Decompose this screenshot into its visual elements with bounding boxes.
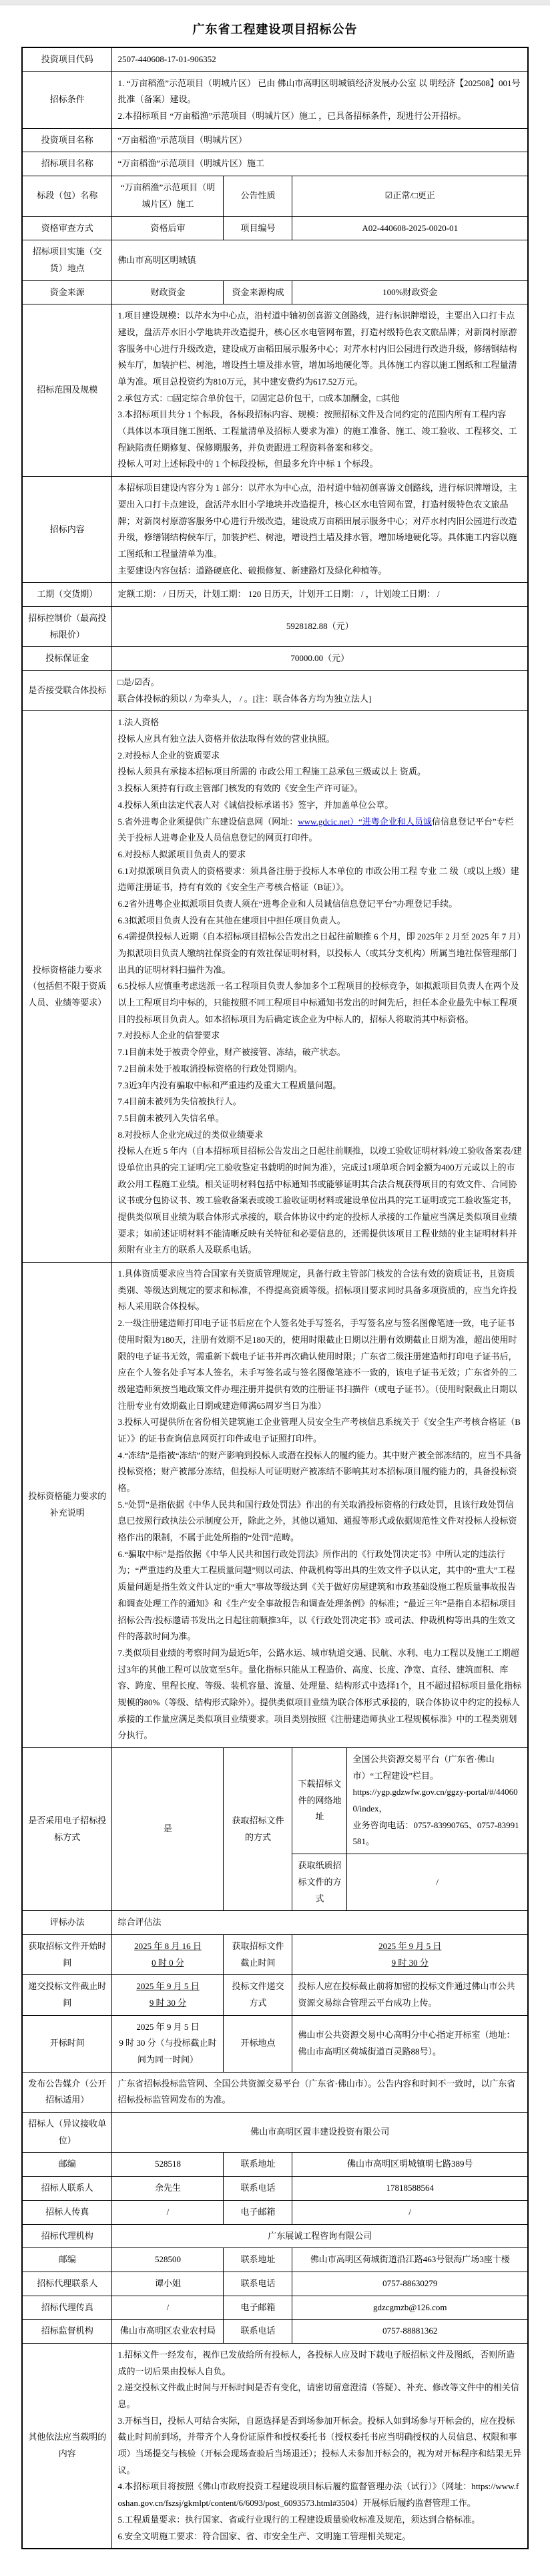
- cell-value: 财政资金: [112, 280, 224, 304]
- row-label: 邮编: [22, 2153, 112, 2177]
- table-row: 招标控制价（最高投标限价）5928182.88（元）: [22, 606, 528, 646]
- cell-value: 2507-440608-17-01-906352: [112, 47, 528, 71]
- row-label: 投资项目名称: [22, 128, 112, 152]
- row-label: 获取招标文件截止时间: [224, 1934, 292, 1974]
- cell-value: 528500: [112, 2248, 224, 2272]
- table-row: 招标监督机构佛山市高明区农业农村局联系电话0757-88881362: [22, 2320, 528, 2344]
- cell-value: 佛山市高明区荷城街道沿江路463号银海广场3座十楼: [292, 2248, 528, 2272]
- cell-value: /: [112, 2200, 224, 2224]
- row-label: 招标条件: [22, 71, 112, 128]
- row-label: 投标保证金: [22, 647, 112, 671]
- row-label: 联系地址: [224, 2153, 292, 2177]
- cell-value: 2025 年 9 月 5 日 9 时 30 分（与投标截止时间为同一时间）: [112, 2015, 224, 2072]
- announcement-table: 投资项目代码2507-440608-17-01-906352招标条件1. “万亩…: [21, 47, 529, 2549]
- cell-value: 佛山市高明区农业农村局: [112, 2320, 224, 2344]
- table-row: 递交投标文件截止时间2025 年 9 月 5 日 9 时 30 分投标文件递交方…: [22, 1975, 528, 2015]
- cell-value: 广东展诚工程咨询有限公司: [112, 2224, 528, 2248]
- cell-value: 定额工期： / 日历天，计划工期： 120 日历天，计划开工日期： / ，计划竣…: [112, 583, 528, 607]
- table-row: 招标人传真/电子邮箱/: [22, 2200, 528, 2224]
- row-label: 下载招标文件的网络地址: [292, 1748, 347, 1854]
- table-row: 招标代理联系人谭小姐联系电话0757-88630279: [22, 2272, 528, 2296]
- table-row: 招标内容本招标项目建设内容分为 1 部分：以芹水为中心点，沿村道中轴初创喜游文创…: [22, 477, 528, 583]
- row-label: 招标人传真: [22, 2200, 112, 2224]
- cell-value: 佛山市高明区明城镇明七路389号: [292, 2153, 528, 2177]
- table-row: 资金来源财政资金资金来源构成100%财政资金: [22, 280, 528, 304]
- cell-value: 资格后审: [112, 216, 224, 240]
- table-row: 标段（包）名称“万亩稻渔”示范项目（明城片区）施工公告性质☑正常/□更正: [22, 176, 528, 216]
- row-label: 工期（交货期）: [22, 583, 112, 607]
- cell-value: 0757-88881362: [292, 2320, 528, 2344]
- row-label: 联系电话: [224, 2272, 292, 2296]
- row-label: 获取招标文件开始时间: [22, 1934, 112, 1974]
- row-label: 开标地点: [224, 2015, 292, 2072]
- row-label: 电子邮箱: [224, 2200, 292, 2224]
- row-label: 投标资格能力要求的补充说明: [22, 1263, 112, 1748]
- row-label: 招标代理传真: [22, 2296, 112, 2320]
- table-row: 招标范围及规模1.项目建设规模：以芹水为中心点，沿村道中轴初创喜游文创路线，进行…: [22, 304, 528, 477]
- row-label: 招标代理机构: [22, 2224, 112, 2248]
- row-label: 项目编号: [224, 216, 292, 240]
- cell-value: 1.具体资质要求应当符合国家有关资质管理规定，具备行政主管部门核发的合法有效的资…: [112, 1263, 528, 1748]
- cell-value: 全国公共资源交易平台（广东省·佛山市）“工程建设”栏目。 https://ygp…: [347, 1748, 528, 1854]
- table-row: 投资项目名称“万亩稻渔”示范项目（明城片区）: [22, 128, 528, 152]
- page-top-divider: [0, 0, 550, 5]
- table-row: 资格审查方式资格后审项目编号A02-440608-2025-0020-01: [22, 216, 528, 240]
- table-row: 邮编528518联系地址佛山市高明区明城镇明七路389号: [22, 2153, 528, 2177]
- row-label: 评标办法: [22, 1911, 112, 1935]
- row-label: 获取招标文件的方式: [224, 1748, 292, 1911]
- cell-value: 佛山市高明区明城镇: [112, 240, 528, 280]
- cell-value: □是/☑否。 联合体投标的须以 / 为牵头人， / 。[注：联合体各方均为独立法…: [112, 671, 528, 711]
- row-label: 联系电话: [224, 2177, 292, 2201]
- row-label: 是否接受联合体投标: [22, 671, 112, 711]
- table-row: 招标条件1. “万亩稻渔”示范项目（明城片区） 已由 佛山市高明区明城镇经济发展…: [22, 71, 528, 128]
- cell-value: 1.项目建设规模：以芹水为中心点，沿村道中轴初创喜游文创路线，进行标识牌增设，主…: [112, 304, 528, 477]
- table-row: 投标资格能力要求（包括但不限于资质人员、业绩等要求）1.法人资格 投标人应具有独…: [22, 711, 528, 1263]
- table-row: 其他依法应当载明的内容1.招标文件一经发布，视作已发放给所有投标人，各投标人应及…: [22, 2343, 528, 2549]
- table-row: 招标人联系人余先生联系电话17818588564: [22, 2177, 528, 2201]
- cell-value: 本招标项目建设内容分为 1 部分：以芹水为中心点，沿村道中轴初创喜游文创路线，进…: [112, 477, 528, 583]
- row-label: 资金来源: [22, 280, 112, 304]
- cell-value: 佛山市公共资源交易中心高明分中心指定开标室（地址：佛山市高明区荷城街道百灵路88…: [292, 2015, 528, 2072]
- table-row: 邮编528500联系地址佛山市高明区荷城街道沿江路463号银海广场3座十楼: [22, 2248, 528, 2272]
- row-label: 邮编: [22, 2248, 112, 2272]
- cell-value: 2025 年 8 月 16 日 0 时 0 分: [112, 1934, 224, 1974]
- cell-value: 佛山市高明区置丰建设投资有限公司: [112, 2113, 528, 2153]
- row-label: 是否采用电子招标投标方式: [22, 1748, 112, 1911]
- cell-value: 17818588564: [292, 2177, 528, 2201]
- cell-value: 是: [112, 1748, 224, 1911]
- row-label: 资格审查方式: [22, 216, 112, 240]
- table-row: 招标代理机构广东展诚工程咨询有限公司: [22, 2224, 528, 2248]
- cell-value: gdzcgmzb@126.com: [292, 2296, 528, 2320]
- cell-value: 1.法人资格 投标人应具有独立法人资格并依法取得有效的营业执照。 2.对投标人企…: [112, 711, 528, 1263]
- cell-value: 投标人应在投标截止前将加密的投标文件通过佛山市公共资源交易综合管理云平台成功上传…: [292, 1975, 528, 2015]
- row-label: 招标内容: [22, 477, 112, 583]
- row-label: 发布公告媒介（公开招标适用）: [22, 2072, 112, 2112]
- row-label: 联系电话: [224, 2320, 292, 2344]
- table-row: 发布公告媒介（公开招标适用）广东省招标投标监管网、全国公共资源交易平台（广东省·…: [22, 2072, 528, 2112]
- table-row: 是否接受联合体投标□是/☑否。 联合体投标的须以 / 为牵头人， / 。[注：联…: [22, 671, 528, 711]
- row-label: 招标范围及规模: [22, 304, 112, 477]
- row-label: 招标人联系人: [22, 2177, 112, 2201]
- row-label: 标段（包）名称: [22, 176, 112, 216]
- cell-value: 2025 年 9 月 5 日 9 时 30 分: [292, 1934, 528, 1974]
- announcement-table-body: 投资项目代码2507-440608-17-01-906352招标条件1. “万亩…: [22, 47, 528, 2549]
- row-label: 投资项目代码: [22, 47, 112, 71]
- row-label: 招标控制价（最高投标限价）: [22, 606, 112, 646]
- row-label: 招标代理联系人: [22, 2272, 112, 2296]
- row-label: 招标人（异议接收单位）: [22, 2113, 112, 2153]
- cell-value: 0757-88630279: [292, 2272, 528, 2296]
- table-row: 工期（交货期）定额工期： / 日历天，计划工期： 120 日历天，计划开工日期：…: [22, 583, 528, 607]
- table-row: 投资项目代码2507-440608-17-01-906352: [22, 47, 528, 71]
- cell-value: A02-440608-2025-0020-01: [292, 216, 528, 240]
- cell-value: 2025 年 9 月 5 日 9 时 30 分: [112, 1975, 224, 2015]
- row-label: 开标时间: [22, 2015, 112, 2072]
- table-row: 投标保证金70000.00（元）: [22, 647, 528, 671]
- table-row: 评标办法综合评估法: [22, 1911, 528, 1935]
- row-label: 投标文件递交方式: [224, 1975, 292, 2015]
- row-label: 公告性质: [224, 176, 292, 216]
- page-title: 广东省工程建设项目招标公告: [0, 20, 550, 37]
- cell-value: 528518: [112, 2153, 224, 2177]
- table-row: 招标项目实施（交货）地点佛山市高明区明城镇: [22, 240, 528, 280]
- table-row: 招标代理传真/电子邮箱gdzcgmzb@126.com: [22, 2296, 528, 2320]
- cell-value: /: [347, 1854, 528, 1911]
- cell-value: 综合评估法: [112, 1911, 528, 1935]
- cell-value: 5928182.88（元）: [112, 606, 528, 646]
- cell-value: 1.招标文件一经发布，视作已发放给所有投标人，各投标人应及时下载电子版招标文件及…: [112, 2343, 528, 2549]
- cell-value: “万亩稻渔”示范项目（明城片区）施工: [112, 176, 224, 216]
- cell-value: 余先生: [112, 2177, 224, 2201]
- row-label: 递交投标文件截止时间: [22, 1975, 112, 2015]
- table-row: 开标时间2025 年 9 月 5 日 9 时 30 分（与投标截止时间为同一时间…: [22, 2015, 528, 2072]
- row-label: 招标项目名称: [22, 152, 112, 176]
- cell-value: 70000.00（元）: [112, 647, 528, 671]
- table-row: 招标项目名称“万亩稻渔”示范项目（明城片区）施工: [22, 152, 528, 176]
- row-label: 投标资格能力要求（包括但不限于资质人员、业绩等要求）: [22, 711, 112, 1263]
- row-label: 资金来源构成: [224, 280, 292, 304]
- cell-value: 广东省招标投标监管网、全国公共资源交易平台（广东省·佛山市）。公告内容和时间不一…: [112, 2072, 528, 2112]
- row-label: 获取纸质招标文件的方式: [292, 1854, 347, 1911]
- row-label: 电子邮箱: [224, 2296, 292, 2320]
- table-row: 投标资格能力要求的补充说明1.具体资质要求应当符合国家有关资质管理规定，具备行政…: [22, 1263, 528, 1748]
- cell-value: /: [292, 2200, 528, 2224]
- row-label: 联系地址: [224, 2248, 292, 2272]
- inline-link[interactable]: www.gdcic.net）“进粤企业和人员诚: [298, 817, 432, 827]
- table-row: 是否采用电子招标投标方式是获取招标文件的方式下载招标文件的网络地址全国公共资源交…: [22, 1748, 528, 1854]
- table-row: 获取招标文件开始时间2025 年 8 月 16 日 0 时 0 分获取招标文件截…: [22, 1934, 528, 1974]
- row-label: 招标监督机构: [22, 2320, 112, 2344]
- cell-value: 100%财政资金: [292, 280, 528, 304]
- cell-value: /: [112, 2296, 224, 2320]
- cell-value: 谭小姐: [112, 2272, 224, 2296]
- cell-value: 1. “万亩稻渔”示范项目（明城片区） 已由 佛山市高明区明城镇经济发展办公室 …: [112, 71, 528, 128]
- cell-value: ☑正常/□更正: [292, 176, 528, 216]
- cell-value: “万亩稻渔”示范项目（明城片区）: [112, 128, 528, 152]
- cell-value: “万亩稻渔”示范项目（明城片区）施工: [112, 152, 528, 176]
- table-row: 招标人（异议接收单位）佛山市高明区置丰建设投资有限公司: [22, 2113, 528, 2153]
- row-label: 招标项目实施（交货）地点: [22, 240, 112, 280]
- row-label: 其他依法应当载明的内容: [22, 2343, 112, 2549]
